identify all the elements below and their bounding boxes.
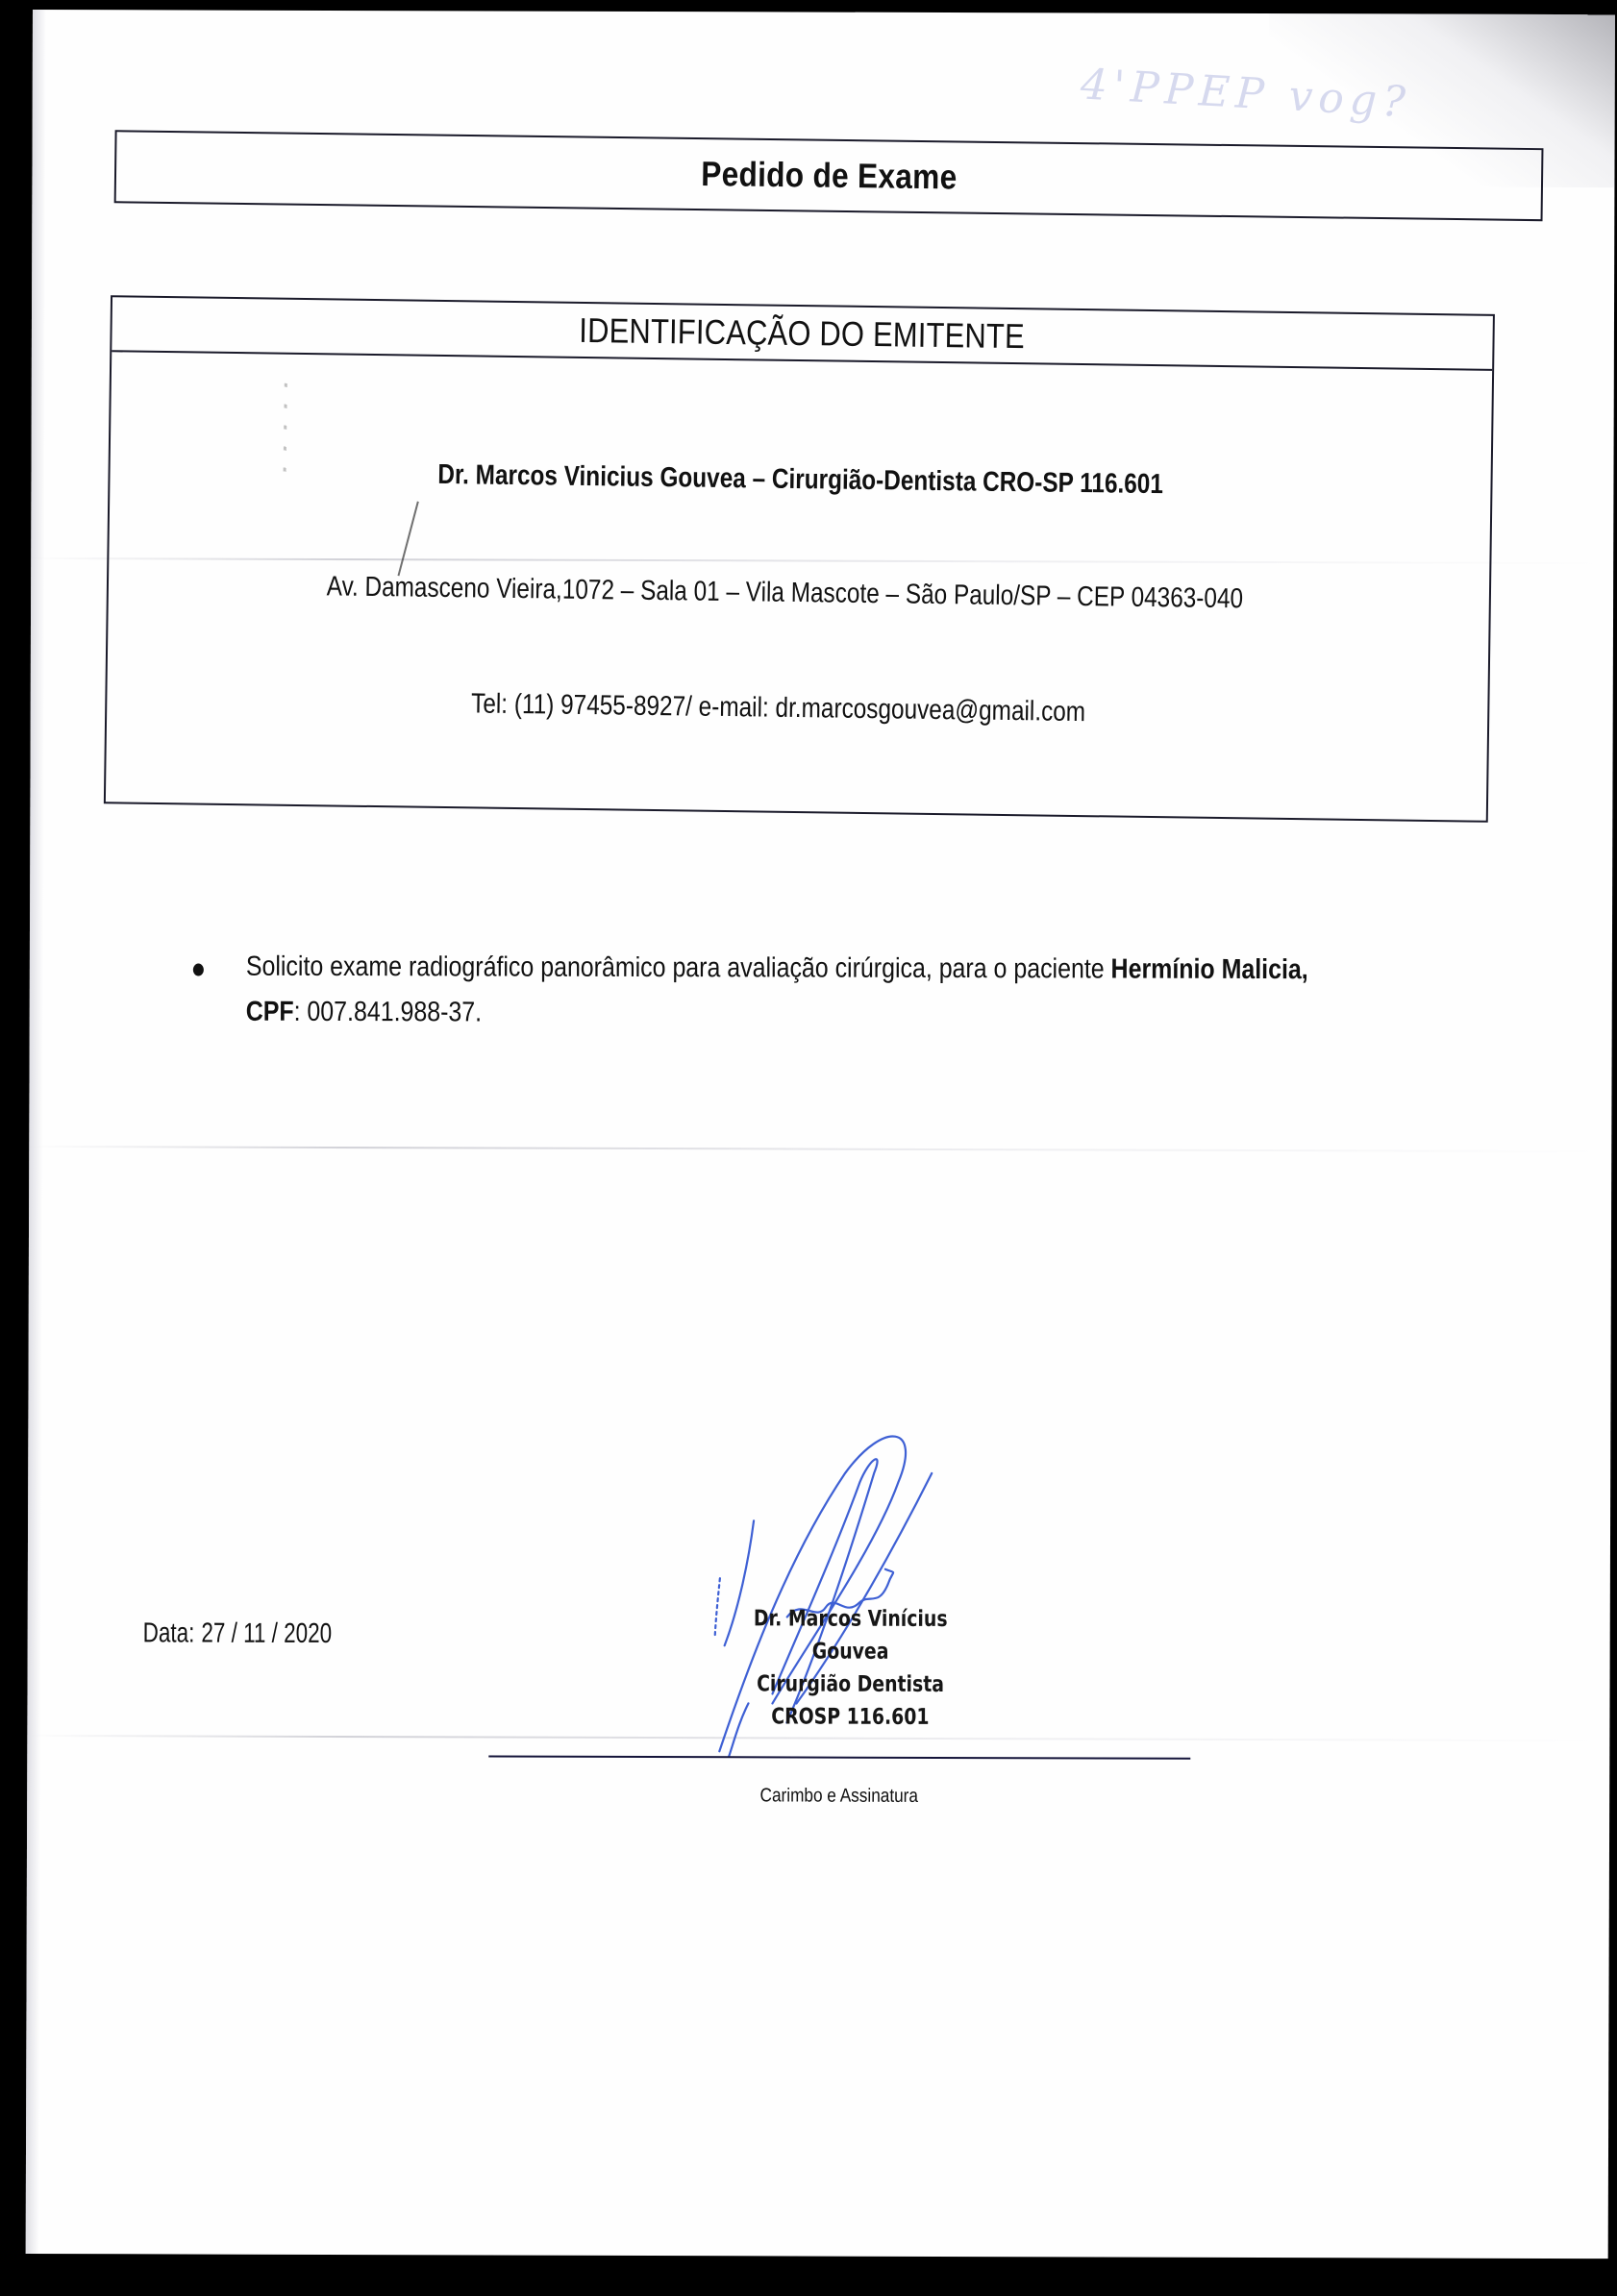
date-label: Data:: [143, 1617, 195, 1649]
document-title: Pedido de Exame: [701, 154, 958, 197]
issuer-contact: Tel: (11) 97455-8927/ e-mail: dr.marcosg…: [68, 683, 1487, 734]
pen-stroke-mark: [397, 502, 418, 577]
signature-caption: Carimbo e Assinatura: [488, 1784, 1190, 1808]
cpf-label: CPF: [246, 997, 294, 1027]
exam-request-text: Solicito exame radiográfico panorâmico p…: [246, 945, 1503, 1039]
stamp-registration: CROSP 116.601: [732, 1700, 968, 1734]
date-value: 27 / 11 / 2020: [202, 1618, 333, 1650]
paper-fold-mark: [29, 1146, 1611, 1152]
date-field: Data: 27 / 11 / 2020: [143, 1617, 379, 1650]
document-title-box: Pedido de Exame: [114, 130, 1544, 221]
signature-area: Dr. Marcos Vinícius Gouvea Cirurgião Den…: [681, 1415, 1028, 1762]
issuer-contact-text: Tel: (11) 97455-8927/ e-mail: dr.marcosg…: [471, 688, 1085, 728]
handwritten-note: 4'PPEP vog?: [1080, 60, 1412, 127]
signature-caption-text: Carimbo e Assinatura: [760, 1785, 919, 1808]
issuer-name: Dr. Marcos Vinicius Gouvea – Cirurgião-D…: [110, 455, 1490, 506]
issuer-section-title: IDENTIFICAÇÃO DO EMITENTE: [580, 309, 1026, 356]
exam-request: Solicito exame radiográfico panorâmico p…: [193, 945, 1558, 1039]
bullet-icon: [193, 964, 204, 976]
issuer-address-text: Av. Damasceno Vieira,1072 – Sala 01 – Vi…: [326, 571, 1243, 615]
stamp-name: Dr. Marcos Vinícius Gouvea: [733, 1602, 969, 1668]
stamp-title: Cirurgião Dentista: [732, 1667, 968, 1701]
scanned-page: 4'PPEP vog? Pedido de Exame IDENTIFICAÇÃ…: [26, 10, 1615, 2259]
issuer-name-text: Dr. Marcos Vinicius Gouvea – Cirurgião-D…: [437, 459, 1163, 501]
patient-name: Hermínio Malicia,: [1111, 954, 1308, 986]
cpf-value: : 007.841.988-37.: [294, 997, 483, 1028]
issuer-body: Dr. Marcos Vinicius Gouvea – Cirurgião-D…: [106, 352, 1492, 821]
professional-stamp: Dr. Marcos Vinícius Gouvea Cirurgião Den…: [706, 1602, 994, 1734]
issuer-identification-box: IDENTIFICAÇÃO DO EMITENTE Dr. Marcos Vin…: [104, 295, 1495, 823]
request-description: Solicito exame radiográfico panorâmico p…: [246, 951, 1111, 985]
issuer-address: Av. Damasceno Vieira,1072 – Sala 01 – Vi…: [80, 568, 1489, 619]
